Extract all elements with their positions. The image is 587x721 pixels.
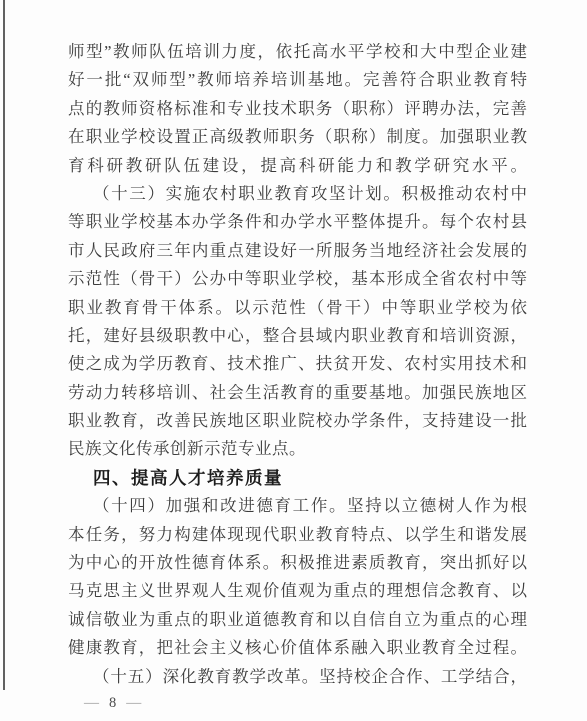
page-left-border-line	[3, 0, 5, 690]
text-line: 职业教育骨干体系。以示范性（骨干）中等职业学校为依	[68, 294, 527, 322]
paragraph-last-line: 民族文化传承创新示范专业点。	[68, 435, 527, 463]
text-line: 本任务，努力构建体现现代职业教育特点、以学生和谐发展	[68, 521, 527, 549]
section-heading: 四、提高人才培养质量	[68, 464, 527, 492]
text-line: 示范性（骨干）公办中等职业学校，基本形成全省农村中等	[68, 265, 527, 293]
document-page: 师型”教师队伍培训力度，依托高水平学校和大中型企业建 好一批“双师型”教师培养培…	[0, 0, 587, 721]
text-line: 点的教师资格标准和专业技术职务（职称）评聘办法，完善	[68, 95, 527, 123]
text-line: 职业教育，改善民族地区职业院校办学条件，支持建设一批	[68, 407, 527, 435]
text-line: 在职业学校设置正高级教师职务（职称）制度。加强职业教	[68, 123, 527, 151]
paragraph-first-line: （十五）深化教育教学改革。坚持校企合作、工学结合，	[68, 663, 527, 691]
text-line: 好一批“双师型”教师培养培训基地。完善符合职业教育特	[68, 66, 527, 94]
text-line: 马克思主义世界观人生观价值观为重点的理想信念教育、以	[68, 577, 527, 605]
text-line: 为中心的开放性德育体系。积极推进素质教育，突出抓好以	[68, 549, 527, 577]
text-line: 健康教育，把社会主义核心价值体系融入职业教育全过程。	[68, 634, 527, 662]
page-footer: —8—	[84, 694, 141, 712]
document-text-block: 师型”教师队伍培训力度，依托高水平学校和大中型企业建 好一批“双师型”教师培养培…	[68, 38, 527, 691]
text-line: 诚信敬业为重点的职业道德教育和以自信自立为重点的心理	[68, 606, 527, 634]
text-line: 劳动力转移培训、社会生活教育的重要基地。加强民族地区	[68, 379, 527, 407]
paragraph-first-line: （十三）实施农村职业教育攻坚计划。积极推动农村中	[68, 180, 527, 208]
text-line: 市人民政府三年内重点建设好一所服务当地经济社会发展的	[68, 237, 527, 265]
page-number: 8	[99, 695, 126, 711]
text-line: 托，建好县级职教中心，整合县域内职业教育和培训资源，	[68, 322, 527, 350]
text-line: 育科研教研队伍建设，提高科研能力和教学研究水平。	[68, 152, 527, 180]
footer-dash-left: —	[84, 695, 99, 711]
text-line: 等职业学校基本办学条件和办学水平整体提升。每个农村县	[68, 208, 527, 236]
text-line: 师型”教师队伍培训力度，依托高水平学校和大中型企业建	[68, 38, 527, 66]
footer-dash-right: —	[126, 695, 141, 711]
paragraph-first-line: （十四）加强和改进德育工作。坚持以立德树人作为根	[68, 492, 527, 520]
text-line: 使之成为学历教育、技术推广、扶贫开发、农村实用技术和	[68, 350, 527, 378]
